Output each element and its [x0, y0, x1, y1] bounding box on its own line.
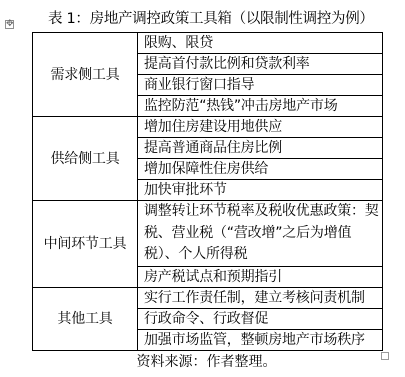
policy-tools-table: 需求侧工具 限购、限贷 提高首付款比例和贷款利率 商业银行窗口指导 监控防范“热… — [32, 32, 383, 351]
source-note: 资料来源：作者整理。 — [0, 352, 405, 372]
category-cell-demand: 需求侧工具 — [33, 33, 138, 117]
table-row: 供给侧工具 增加住房建设用地供应 — [33, 117, 383, 138]
category-cell-intermediate: 中间环节工具 — [33, 201, 138, 288]
item-cell: 加快审批环节 — [138, 180, 383, 201]
item-cell: 提高普通商品住房比例 — [138, 138, 383, 159]
item-cell: 房产税试点和预期指引 — [138, 266, 383, 287]
item-cell: 增加保障性住房供给 — [138, 159, 383, 180]
category-cell-other: 其他工具 — [33, 287, 138, 350]
item-cell: 监控防范“热钱”冲击房地产市场 — [138, 96, 383, 117]
table-row: 中间环节工具 调整转让环节税率及税收优惠政策：契税、营业税（“营改增”之后为增值… — [33, 201, 383, 267]
item-cell: 调整转让环节税率及税收优惠政策：契税、营业税（“营改增”之后为增值税）、个人所得… — [138, 201, 383, 267]
item-cell: 实行工作责任制，建立考核问责机制 — [138, 287, 383, 308]
category-label: 供给侧工具 — [51, 151, 120, 167]
table-row: 需求侧工具 限购、限贷 — [33, 33, 383, 54]
category-label: 中间环节工具 — [44, 236, 127, 252]
item-cell: 限购、限贷 — [138, 33, 383, 54]
category-label: 其他工具 — [57, 311, 112, 327]
item-cell: 加强市场监管，整顿房地产市场秩序 — [138, 329, 383, 350]
item-cell: 行政命令、行政督促 — [138, 308, 383, 329]
table-move-handle-icon[interactable]: ✥ — [5, 20, 14, 29]
item-cell: 提高首付款比例和贷款利率 — [138, 54, 383, 75]
table-row: 其他工具 实行工作责任制，建立考核问责机制 — [33, 287, 383, 308]
table-caption: 表 1：房地产调控政策工具箱（以限制性调控为例） — [48, 10, 378, 28]
item-cell: 增加住房建设用地供应 — [138, 117, 383, 138]
category-cell-supply: 供给侧工具 — [33, 117, 138, 201]
category-label: 需求侧工具 — [51, 67, 120, 83]
item-cell: 商业银行窗口指导 — [138, 75, 383, 96]
table-resize-handle[interactable] — [381, 352, 389, 360]
